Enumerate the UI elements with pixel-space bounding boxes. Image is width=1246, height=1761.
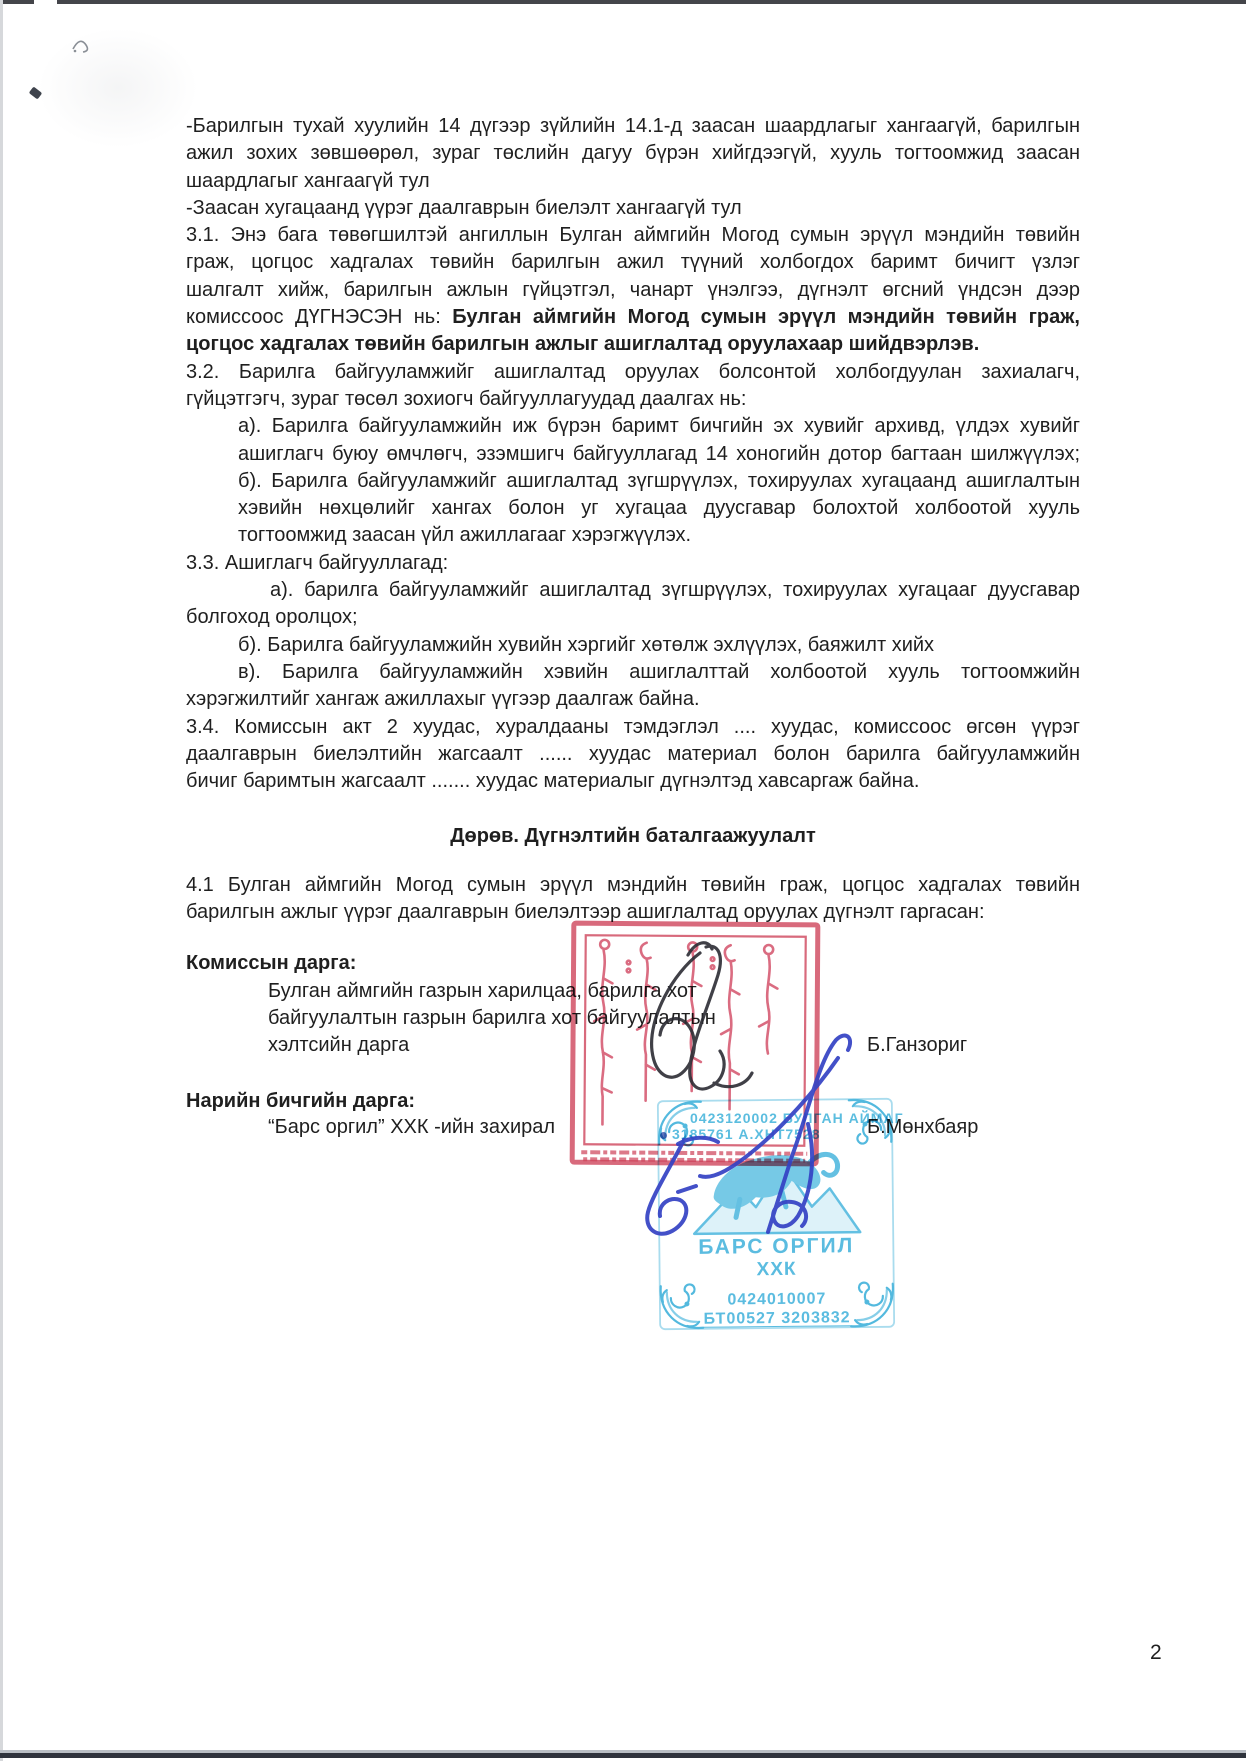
text-line: граж, цогцос хадгалах төвийн барилгын аж… [186, 249, 1080, 276]
company-stamp-cert-number: БТ00527 3203832 [657, 1309, 897, 1330]
scan-edge-bottom [0, 1753, 1246, 1758]
closing-lines: 4.1 Булган аймгийн Могод сумын эрүүл мэн… [186, 872, 1080, 927]
text-line: гүйцэтгэгч, зураг төсөл зохиогч байгуулл… [186, 386, 1080, 413]
text-line: шалгалт хийж, барилгын ажлын гүйцэтгэл, … [186, 277, 1080, 304]
text-line: 3.2. Барилга байгууламжийг ашиглалтад ор… [186, 359, 1080, 386]
scan-edge-top [57, 0, 1246, 4]
text-line: ажил зохих зөвшөөрөл, зураг төслийн дагу… [186, 140, 1080, 167]
secretary-label: Нарийн бичгийн дарга: [186, 1088, 415, 1115]
text-run: ажил зохих зөвшөөрөл, зураг төслийн дагу… [186, 142, 1080, 164]
text-run: -Барилгын тухай хуулийн 14 дүгээр зүйлий… [186, 115, 1080, 137]
text-line: хэрэгжилтийг хангаж ажиллахыг үүгээр даа… [186, 686, 1080, 713]
text-run: комиссоос ДҮГНЭСЭН нь: [186, 306, 452, 328]
text-line: -Заасан хугацаанд үүрэг даалгаврын биелэ… [186, 195, 1080, 222]
text-run: тогтоомжид заасан үйл ажиллагааг хэрэгжү… [238, 524, 691, 546]
company-stamp-suffix: ХХК [656, 1258, 896, 1283]
text-run: б). Барилга байгууламжийг ашиглалтад зүг… [238, 470, 1080, 492]
text-run: хэвийн нөхцөлийг хангах болон уг хугацаа… [238, 497, 1080, 519]
text-line: -Барилгын тухай хуулийн 14 дүгээр зүйлий… [186, 113, 1080, 140]
text-run: 3.2. Барилга байгууламжийг ашиглалтад ор… [186, 361, 1080, 383]
text-run: гүйцэтгэгч, зураг төсөл зохиогч байгуулл… [186, 388, 746, 410]
text-run: Булган аймгийн Могод сумын эрүүл мэндийн… [452, 306, 1080, 328]
text-run: а). Барилга байгууламжийн иж бүрэн барим… [238, 415, 1080, 437]
chairman-label: Комиссын дарга: [186, 950, 356, 977]
text-run: -Заасан хугацаанд үүрэг даалгаврын биелэ… [186, 197, 742, 219]
text-run: бичиг баримтын жагсаалт ....... хуудас м… [186, 770, 919, 792]
text-run: а). барилга байгууламжийг ашиглалтад зүг… [270, 579, 1080, 601]
text-run: граж, цогцос хадгалах төвийн барилгын аж… [186, 251, 1080, 273]
scan-smudge [38, 28, 198, 148]
text-run: 3.4. Комиссын акт 2 хуудас, хуралдааны т… [186, 716, 1080, 738]
text-line: в). Барилга байгууламжийн хэвийн ашиглал… [186, 659, 1080, 686]
text-line: бичиг баримтын жагсаалт ....... хуудас м… [186, 768, 1080, 795]
text-line: шаардлагыг хангаагүй тул [186, 168, 1080, 195]
document-page: -Барилгын тухай хуулийн 14 дүгээр зүйлий… [0, 0, 1246, 1761]
text-run: в). Барилга байгууламжийн хэвийн ашиглал… [238, 661, 1080, 683]
text-line: а). барилга байгууламжийг ашиглалтад зүг… [186, 577, 1080, 604]
text-line: комиссоос ДҮГНЭСЭН нь: Булган аймгийн Мо… [186, 304, 1080, 331]
text-run: 3.1. Энэ бага төвөгшилтэй ангиллын Булга… [186, 224, 1080, 246]
text-run: даалгаврын биелэлтийн жагсаалт ...... ху… [186, 743, 1080, 765]
document-body: -Барилгын тухай хуулийн 14 дүгээр зүйлий… [186, 113, 1080, 927]
text-run: цогцос хадгалах төвийн барилгын ажлыг аш… [186, 333, 979, 355]
text-line: 3.1. Энэ бага төвөгшилтэй ангиллын Булга… [186, 222, 1080, 249]
text-run: шалгалт хийж, барилгын ажлын гүйцэтгэл, … [186, 279, 1080, 301]
chairman-title-line: хэлтсийн дарга [268, 1032, 409, 1059]
scan-edge-left [0, 0, 3, 1761]
text-line: цогцос хадгалах төвийн барилгын ажлыг аш… [186, 331, 1080, 358]
text-line: б). Барилга байгууламжийг ашиглалтад зүг… [186, 468, 1080, 495]
text-line: болгоход оролцох; [186, 604, 1080, 631]
spacer [186, 795, 1080, 822]
text-line: 4.1 Булган аймгийн Могод сумын эрүүл мэн… [186, 872, 1080, 899]
body-lines: -Барилгын тухай хуулийн 14 дүгээр зүйлий… [186, 113, 1080, 795]
spacer [186, 850, 1080, 872]
text-run: ашиглагч буюу өмчлөгч, эзэмшигч байгуулл… [238, 443, 1080, 465]
text-run: болгоход оролцох; [186, 606, 358, 628]
text-line: 3.3. Ашиглагч байгууллагад: [186, 550, 1080, 577]
text-line: ашиглагч буюу өмчлөгч, эзэмшигч байгуулл… [186, 441, 1080, 468]
text-run: 4.1 Булган аймгийн Могод сумын эрүүл мэн… [186, 874, 1080, 896]
page-number: 2 [1150, 1641, 1162, 1665]
text-line: а). Барилга байгууламжийн иж бүрэн барим… [186, 413, 1080, 440]
section-heading: Дөрөв. Дүгнэлтийн баталгаажуулалт [186, 823, 1080, 850]
scan-edge-top [0, 0, 34, 4]
scan-mark-icon [70, 34, 94, 56]
text-line: даалгаврын биелэлтийн жагсаалт ...... ху… [186, 741, 1080, 768]
text-run: шаардлагыг хангаагүй тул [186, 170, 430, 192]
text-run: хэрэгжилтийг хангаж ажиллахыг үүгээр даа… [186, 688, 700, 710]
text-line: тогтоомжид заасан үйл ажиллагааг хэрэгжү… [186, 522, 1080, 549]
company-stamp-number: 0424010007 [657, 1290, 897, 1311]
secretary-title-line: “Барс оргил” ХХК -ийн захирал [268, 1114, 555, 1141]
secretary-signature-icon [612, 1028, 884, 1246]
text-run: 3.3. Ашиглагч байгууллагад: [186, 552, 448, 574]
text-line: б). Барилга байгууламжийн хувийн хэргийг… [186, 632, 1080, 659]
text-line: хэвийн нөхцөлийг хангах болон уг хугацаа… [186, 495, 1080, 522]
text-run: б). Барилга байгууламжийн хувийн хэргийг… [238, 634, 934, 656]
text-line: 3.4. Комиссын акт 2 хуудас, хуралдааны т… [186, 714, 1080, 741]
